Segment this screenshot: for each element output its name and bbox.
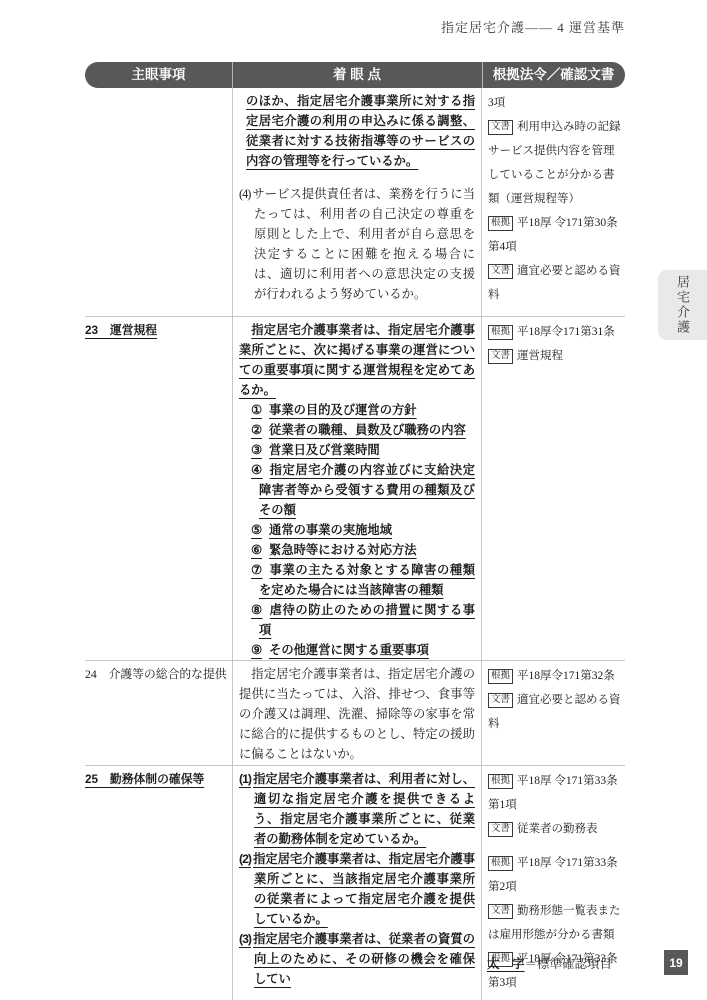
legal-text: 平18厚令171第32条 [517,670,615,682]
paragraph-text: のほか、指定居宅介護事業所に対する指定居宅介護の利用の申込みに係る調整、従業者に… [246,94,475,168]
list-marker: ⑤ [251,523,262,537]
list-marker: ④ [251,463,263,477]
document-tag-badge: 文書 [488,120,513,135]
paragraph-marker: (4) [239,187,250,201]
list-marker: ⑦ [251,563,263,577]
main-item-cell: 24 介護等の総合的な提供 [85,661,232,765]
paragraph-text: 指定居宅介護の内容並びに支給決定障害者等から受領する費用の種類及びその額 [259,463,475,517]
header-divider [232,62,233,88]
list-marker: ① [251,403,262,417]
focus-paragraph: (3)指定居宅介護事業者は、従業者の資質の向上のために、その研修の機会を確保して… [239,929,475,989]
legal-basis-cell: 根拠平18厚令171第31条 文書運営規程 [482,317,625,660]
focus-list-item: ⑤通常の事業の実施地域 [239,520,475,540]
main-item-label: 24 介護等の総合的な提供 [85,667,227,681]
legal-line: 根拠平18厚 令171第30条 第4項 [488,211,623,259]
paragraph-text: 事業の主たる対象とする障害の種類を定めた場合には当該障害の種類 [259,563,475,597]
main-item-cell: 25 勤務体制の確保等 [85,766,232,1000]
focus-point-cell: 指定居宅介護事業者は、指定居宅介護事業所ごとに、次に掲げる事業の運営についての重… [232,317,482,660]
paragraph-text: 緊急時等における対応方法 [269,543,417,557]
main-item-label: 23 運営規程 [85,323,157,337]
table-row: のほか、指定居宅介護事業所に対する指定居宅介護の利用の申込みに係る調整、従業者に… [85,88,625,316]
paragraph-text: 虐待の防止のための措置に関する事項 [259,603,475,637]
focus-list-item: ⑦事業の主たる対象とする障害の種類を定めた場合には当該障害の種類 [239,560,475,600]
focus-paragraph: 指定居宅介護事業者は、指定居宅介護事業所ごとに、次に掲げる事業の運営についての重… [239,320,475,400]
legal-line: 根拠平18厚令171第32条 [488,664,623,688]
focus-paragraph: (4)サービス提供責任者は、業務を行うに当たっては、利用者の自己決定の尊重を原則… [239,184,475,304]
paragraph-text: 指定居宅介護事業者は、従業者の資質の向上のために、その研修の機会を確保してい [253,932,475,986]
paragraph-marker: (3) [239,932,251,946]
legal-text: 運営規程 [517,350,563,362]
document-tag-badge: 文書 [488,264,513,279]
basis-tag-badge: 根拠 [488,856,513,871]
column-header-focus-point: 着 眼 点 [232,62,482,88]
running-head: 指定居宅介護―― 4 運営基準 [441,17,625,36]
paragraph-marker: (2) [239,852,251,866]
side-index-tab-label: 居宅介護 [673,275,692,335]
legal-text: 従業者の勤務表 [517,823,598,835]
paragraph-text: 指定居宅介護事業者は、指定居宅介護事業所ごとに、当該指定居宅介護事業所の従業者に… [253,852,475,926]
basis-tag-badge: 根拠 [488,325,513,340]
paragraph-marker: (1) [239,772,251,786]
legal-line: 3項 [488,91,623,115]
focus-list-item: ⑧虐待の防止のための措置に関する事項 [239,600,475,640]
legal-line: 根拠平18厚令171第31条 [488,320,623,344]
paragraph-text: サービス提供責任者は、業務を行うに当たっては、利用者の自己決定の尊重を原則とした… [252,187,475,301]
list-marker: ⑨ [251,643,262,657]
list-marker: ② [251,423,262,437]
legal-text: 平18厚令171第31条 [517,326,615,338]
focus-paragraph: 指定居宅介護事業者は、指定居宅介護の提供に当たっては、入浴、排せつ、食事等の介護… [239,664,475,764]
page-number-badge: 19 [664,950,688,975]
focus-paragraph: (1)指定居宅介護事業者は、利用者に対し、適切な指定居宅介護を提供できるよう、指… [239,769,475,849]
basis-tag-badge: 根拠 [488,774,513,789]
footer-legend: 太 字＝標準確認項目 [487,954,612,972]
focus-list-item: ⑨その他運営に関する重要事項 [239,640,475,660]
main-item-label: 25 勤務体制の確保等 [85,772,204,786]
paragraph-text: その他運営に関する重要事項 [269,643,429,657]
header-divider [482,62,483,88]
legal-text: 3項 [488,97,505,109]
legend-bold-sample: 太 字 [487,957,525,971]
list-marker: ⑧ [251,603,263,617]
document-tag-badge: 文書 [488,822,513,837]
legal-line: 文書勤務形態一覧表または雇用形態が分かる書類 [488,899,623,947]
legend-description: ＝標準確認項目 [525,957,613,971]
table-row: 24 介護等の総合的な提供 指定居宅介護事業者は、指定居宅介護の提供に当たっては… [85,660,625,765]
document-tag-badge: 文書 [488,904,513,919]
column-header-legal-basis: 根拠法令／確認文書 [482,62,625,88]
paragraph-text: 指定居宅介護事業者は、指定居宅介護の提供に当たっては、入浴、排せつ、食事等の介護… [239,667,475,761]
main-item-cell: 23 運営規程 [85,317,232,660]
side-index-tab: 居宅介護 [658,270,707,340]
focus-point-cell: 指定居宅介護事業者は、指定居宅介護の提供に当たっては、入浴、排せつ、食事等の介護… [232,661,482,765]
focus-list-item: ②従業者の職種、員数及び職務の内容 [239,420,475,440]
legal-text: サービス提供内容を管理していることが分かる書類（運営規程等） [488,145,615,205]
column-header-main-item: 主眼事項 [85,62,232,88]
legal-line: 根拠平18厚 令171第33条 第2項 [488,851,623,899]
legal-basis-cell: 3項 文書利用申込み時の記録 サービス提供内容を管理していることが分かる書類（運… [482,88,625,316]
legal-line: 文書適宜必要と認める資料 [488,259,623,307]
basis-tag-badge: 根拠 [488,669,513,684]
table-row: 23 運営規程 指定居宅介護事業者は、指定居宅介護事業所ごとに、次に掲げる事業の… [85,316,625,660]
table-header-row: 主眼事項 着 眼 点 根拠法令／確認文書 [85,62,625,88]
paragraph-text: 事業の目的及び運営の方針 [269,403,417,417]
focus-list-item: ①事業の目的及び運営の方針 [239,400,475,420]
focus-point-cell: のほか、指定居宅介護事業所に対する指定居宅介護の利用の申込みに係る調整、従業者に… [232,88,482,316]
paragraph-text: 通常の事業の実施地域 [269,523,392,537]
list-marker: ③ [251,443,262,457]
focus-list-item: ③営業日及び営業時間 [239,440,475,460]
focus-point-cell: (1)指定居宅介護事業者は、利用者に対し、適切な指定居宅介護を提供できるよう、指… [232,766,482,1000]
paragraph-text: 営業日及び営業時間 [269,443,380,457]
list-marker: ⑥ [251,543,262,557]
basis-tag-badge: 根拠 [488,216,513,231]
focus-paragraph: (2)指定居宅介護事業者は、指定居宅介護事業所ごとに、当該指定居宅介護事業所の従… [239,849,475,929]
inspection-table: 主眼事項 着 眼 点 根拠法令／確認文書 のほか、指定居宅介護事業所に対する指定… [85,62,625,1000]
focus-list-item: ⑥緊急時等における対応方法 [239,540,475,560]
legal-line: サービス提供内容を管理していることが分かる書類（運営規程等） [488,139,623,211]
legal-basis-cell: 根拠平18厚令171第32条 文書適宜必要と認める資料 [482,661,625,765]
focus-list-item: ④指定居宅介護の内容並びに支給決定障害者等から受領する費用の種類及びその額 [239,460,475,520]
document-page: 指定居宅介護―― 4 運営基準 居宅介護 主眼事項 着 眼 点 根拠法令／確認文… [0,0,707,1000]
focus-paragraph: のほか、指定居宅介護事業所に対する指定居宅介護の利用の申込みに係る調整、従業者に… [246,91,475,171]
paragraph-text: 従業者の職種、員数及び職務の内容 [269,423,466,437]
legal-line: 根拠平18厚 令171第33条 第1項 [488,769,623,817]
document-tag-badge: 文書 [488,693,513,708]
main-item-cell [85,88,232,316]
legal-line: 文書利用申込み時の記録 [488,115,623,139]
legal-line: 文書運営規程 [488,344,623,368]
legal-line: 文書従業者の勤務表 [488,817,623,841]
paragraph-text: 指定居宅介護事業者は、利用者に対し、適切な指定居宅介護を提供できるよう、指定居宅… [253,772,475,846]
document-tag-badge: 文書 [488,349,513,364]
legal-line: 文書適宜必要と認める資料 [488,688,623,736]
legal-text: 利用申込み時の記録 [517,121,621,133]
paragraph-text: 指定居宅介護事業者は、指定居宅介護事業所ごとに、次に掲げる事業の運営についての重… [239,323,475,397]
